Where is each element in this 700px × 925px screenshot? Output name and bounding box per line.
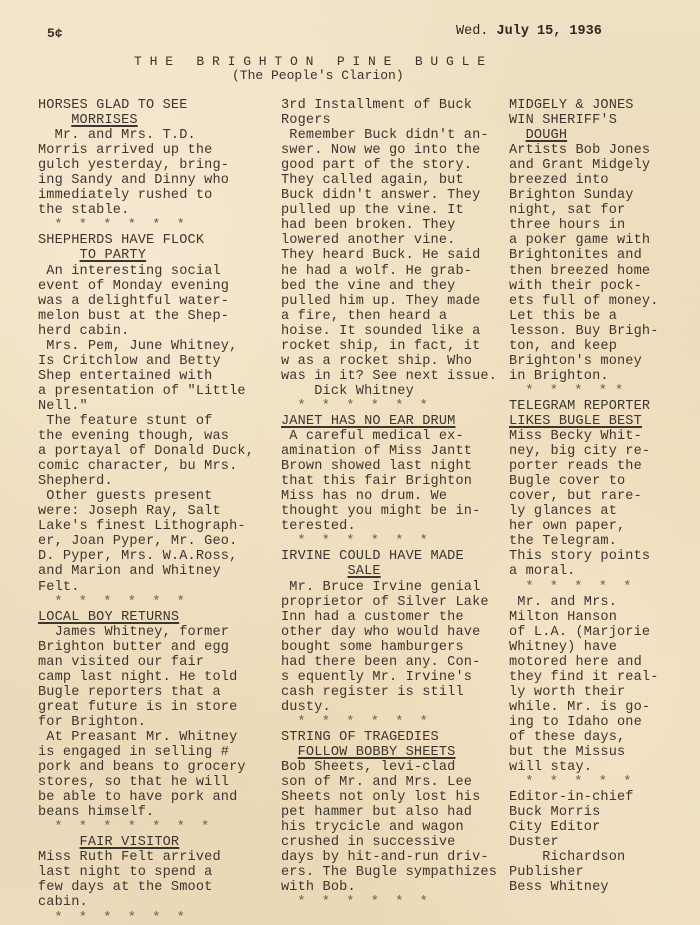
article-line: Milton Hanson	[509, 610, 659, 625]
section-divider: * * * * * *	[38, 911, 254, 925]
article-line: w as a rocket ship. Who	[281, 354, 497, 369]
article-line: rocket ship, in fact, it	[281, 339, 497, 354]
article-line: ing Sandy and Dinny who	[38, 173, 254, 188]
article-line: in Brighton.	[509, 369, 659, 384]
article-line: swer. Now we go into the	[281, 143, 497, 158]
article-line: then breezed home	[509, 264, 659, 279]
article-line: comic character, bu Mrs.	[38, 459, 254, 474]
date-day: Wed.	[456, 24, 488, 39]
article-line: good part of the story.	[281, 158, 497, 173]
section-divider: * * * * *	[509, 580, 659, 595]
article-line: s equently Mr. Irvine's	[281, 670, 497, 685]
article-line: a moral.	[509, 564, 659, 579]
section-divider: * * * * * *	[281, 715, 497, 730]
article-line: that this fair Brighton	[281, 474, 497, 489]
article-line: Brown showed last night	[281, 459, 497, 474]
column-right: MIDGELY & JONESWIN SHERIFF'S DOUGHArtist…	[509, 98, 659, 895]
article-line: a poker game with	[509, 233, 659, 248]
article-line: D. Pyper, Mrs. W.A.Ross,	[38, 549, 254, 564]
article-line: Miss Ruth Felt arrived	[38, 850, 254, 865]
headline: 3rd Installment of Buck	[281, 98, 497, 113]
article-line: Publisher	[509, 865, 659, 880]
article-line: with Bob.	[281, 880, 497, 895]
article-line: Dick Whitney	[281, 384, 497, 399]
article-line: cover, but rare-	[509, 489, 659, 504]
article-line: his trycicle and wagon	[281, 820, 497, 835]
article-line: had there been any. Con-	[281, 655, 497, 670]
article-line: Brightonites and	[509, 248, 659, 263]
headline: FAIR VISITOR	[38, 835, 254, 850]
headline: WIN SHERIFF'S	[509, 113, 659, 128]
article-line: Bob Sheets, levi-clad	[281, 760, 497, 775]
article-line: thought you might be in-	[281, 504, 497, 519]
headline: SALE	[281, 564, 497, 579]
article-line: dusty.	[281, 700, 497, 715]
article-line: they find it real-	[509, 670, 659, 685]
headline: FOLLOW BOBBY SHEETS	[281, 745, 497, 760]
article-line: motored here and	[509, 655, 659, 670]
article-line: A careful medical ex-	[281, 429, 497, 444]
article-line: of these days,	[509, 730, 659, 745]
article-line: he had a wolf. He grab-	[281, 264, 497, 279]
article-line: a presentation of "Little	[38, 384, 254, 399]
article-line: had been broken. They	[281, 218, 497, 233]
article-line: ly glances at	[509, 504, 659, 519]
article-line: Mr. Bruce Irvine genial	[281, 580, 497, 595]
article-line: lowered another vine.	[281, 233, 497, 248]
article-line: and Grant Midgely	[509, 158, 659, 173]
article-line: for Brighton.	[38, 715, 254, 730]
article-line: the Telegram.	[509, 534, 659, 549]
newspaper-page: 5¢ Wed. July 15, 1936 THE BRIGHTON PINE …	[0, 0, 700, 925]
article-line: Bess Whitney	[509, 880, 659, 895]
article-line: porter reads the	[509, 459, 659, 474]
article-line: Shepherd.	[38, 474, 254, 489]
article-line: stores, so that he will	[38, 775, 254, 790]
article-line: bed the vine and they	[281, 279, 497, 294]
article-line: At Preasant Mr. Whitney	[38, 730, 254, 745]
column-middle: 3rd Installment of BuckRogers Remember B…	[281, 98, 497, 911]
article-line: pulled him up. They made	[281, 294, 497, 309]
price: 5¢	[47, 26, 63, 41]
article-line: will stay.	[509, 760, 659, 775]
article-line: James Whitney, former	[38, 625, 254, 640]
article-line: This story points	[509, 549, 659, 564]
article-line: Mrs. Pem, June Whitney,	[38, 339, 254, 354]
article-line: is engaged in selling #	[38, 745, 254, 760]
article-line: Buck didn't answer. They	[281, 188, 497, 203]
article-line: ers. The Bugle sympathizes	[281, 865, 497, 880]
article-line: three hours in	[509, 218, 659, 233]
headline: TELEGRAM REPORTER	[509, 399, 659, 414]
article-line: Mr. and Mrs. T.D.	[38, 128, 254, 143]
article-line: the stable.	[38, 203, 254, 218]
headline: DOUGH	[509, 128, 659, 143]
headline: Rogers	[281, 113, 497, 128]
article-line: Bugle reporters that a	[38, 685, 254, 700]
masthead-title: THE BRIGHTON PINE BUGLE	[134, 54, 493, 69]
article-line: but the Missus	[509, 745, 659, 760]
article-line: Whitney) have	[509, 640, 659, 655]
article-line: Richardson	[509, 850, 659, 865]
article-line: Felt.	[38, 580, 254, 595]
article-line: great future is in store	[38, 700, 254, 715]
article-line: man visited our fair	[38, 655, 254, 670]
article-line: Morris arrived up the	[38, 143, 254, 158]
article-line: ing to Idaho one	[509, 715, 659, 730]
article-line: pork and beans to grocery	[38, 760, 254, 775]
article-line: son of Mr. and Mrs. Lee	[281, 775, 497, 790]
headline: IRVINE COULD HAVE MADE	[281, 549, 497, 564]
article-line: a portayal of Donald Duck,	[38, 444, 254, 459]
date: July 15, 1936	[497, 24, 602, 39]
article-line: Bugle cover to	[509, 474, 659, 489]
article-line: while. Mr. is go-	[509, 700, 659, 715]
section-divider: * * * * * *	[38, 218, 254, 233]
article-line: City Editor	[509, 820, 659, 835]
article-line: amination of Miss Jantt	[281, 444, 497, 459]
article-line: gulch yesterday, bring-	[38, 158, 254, 173]
article-line: Artists Bob Jones	[509, 143, 659, 158]
article-line: days by hit-and-run driv-	[281, 850, 497, 865]
section-divider: * * * * * *	[281, 895, 497, 910]
article-line: Brighton butter and egg	[38, 640, 254, 655]
article-line: Miss has no drum. We	[281, 489, 497, 504]
article-line: They called again, but	[281, 173, 497, 188]
article-line: other day who would have	[281, 625, 497, 640]
article-line: Buck Morris	[509, 805, 659, 820]
article-line: event of Monday evening	[38, 279, 254, 294]
article-line: Other guests present	[38, 489, 254, 504]
article-line: her own paper,	[509, 519, 659, 534]
article-line: herd cabin.	[38, 324, 254, 339]
headline: MIDGELY & JONES	[509, 98, 659, 113]
article-line: lesson. Buy Brigh-	[509, 324, 659, 339]
article-line: melon bust at the Shep-	[38, 309, 254, 324]
section-divider: * * * * * *	[281, 534, 497, 549]
article-line: Inn had a customer the	[281, 610, 497, 625]
article-line: cash register is still	[281, 685, 497, 700]
article-line: They heard Buck. He said	[281, 248, 497, 263]
article-line: the evening though, was	[38, 429, 254, 444]
article-line: hoise. It sounded like a	[281, 324, 497, 339]
dateline: Wed. July 15, 1936	[456, 24, 602, 39]
headline: HORSES GLAD TO SEE	[38, 98, 254, 113]
article-line: The feature stunt of	[38, 414, 254, 429]
article-line: Nell."	[38, 399, 254, 414]
article-line: pulled up the vine. It	[281, 203, 497, 218]
article-line: immediately rushed to	[38, 188, 254, 203]
article-line: with their pock-	[509, 279, 659, 294]
headline: JANET HAS NO EAR DRUM	[281, 414, 497, 429]
article-line: Shep entertained with	[38, 369, 254, 384]
article-line: Mr. and Mrs.	[509, 595, 659, 610]
headline: STRING OF TRAGEDIES	[281, 730, 497, 745]
article-line: was a delightful water-	[38, 294, 254, 309]
section-divider: * * * * * * *	[38, 820, 254, 835]
article-line: terested.	[281, 519, 497, 534]
article-line: Let this be a	[509, 309, 659, 324]
article-line: Brighton Sunday	[509, 188, 659, 203]
article-line: last night to spend a	[38, 865, 254, 880]
article-line: night, sat for	[509, 203, 659, 218]
column-left: HORSES GLAD TO SEE MORRISES Mr. and Mrs.…	[38, 98, 254, 925]
article-line: Lake's finest Lithograph-	[38, 519, 254, 534]
article-line: pet hammer but also had	[281, 805, 497, 820]
article-line: Miss Becky Whit-	[509, 429, 659, 444]
article-line: Sheets not only lost his	[281, 790, 497, 805]
article-line: be able to have pork and	[38, 790, 254, 805]
article-line: few days at the Smoot	[38, 880, 254, 895]
section-divider: * * * * * *	[38, 595, 254, 610]
article-line: Is Critchlow and Betty	[38, 354, 254, 369]
article-line: cabin.	[38, 895, 254, 910]
article-line: ton, and keep	[509, 339, 659, 354]
section-divider: * * * * *	[509, 775, 659, 790]
article-line: bought some hamburgers	[281, 640, 497, 655]
article-line: Duster	[509, 835, 659, 850]
article-line: crushed in successive	[281, 835, 497, 850]
article-line: and Marion and Whitney	[38, 564, 254, 579]
masthead-subtitle: (The People's Clarion)	[232, 68, 404, 83]
article-line: Editor-in-chief	[509, 790, 659, 805]
headline: TO PARTY	[38, 248, 254, 263]
section-divider: * * * * * *	[281, 399, 497, 414]
article-line: er, Joan Pyper, Mr. Geo.	[38, 534, 254, 549]
article-line: were: Joseph Ray, Salt	[38, 504, 254, 519]
article-line: of L.A. (Marjorie	[509, 625, 659, 640]
article-line: ney, big city re-	[509, 444, 659, 459]
article-line: ly worth their	[509, 685, 659, 700]
article-line: beans himself.	[38, 805, 254, 820]
article-line: was in it? See next issue.	[281, 369, 497, 384]
article-line: An interesting social	[38, 264, 254, 279]
headline: MORRISES	[38, 113, 254, 128]
article-line: ets full of money.	[509, 294, 659, 309]
section-divider: * * * * *	[509, 384, 659, 399]
article-line: camp last night. He told	[38, 670, 254, 685]
headline: LOCAL BOY RETURNS	[38, 610, 254, 625]
headline: SHEPHERDS HAVE FLOCK	[38, 233, 254, 248]
article-line: Remember Buck didn't an-	[281, 128, 497, 143]
headline: LIKES BUGLE BEST	[509, 414, 659, 429]
article-line: proprietor of Silver Lake	[281, 595, 497, 610]
article-line: breezed into	[509, 173, 659, 188]
article-line: a fire, then heard a	[281, 309, 497, 324]
article-line: Brighton's money	[509, 354, 659, 369]
